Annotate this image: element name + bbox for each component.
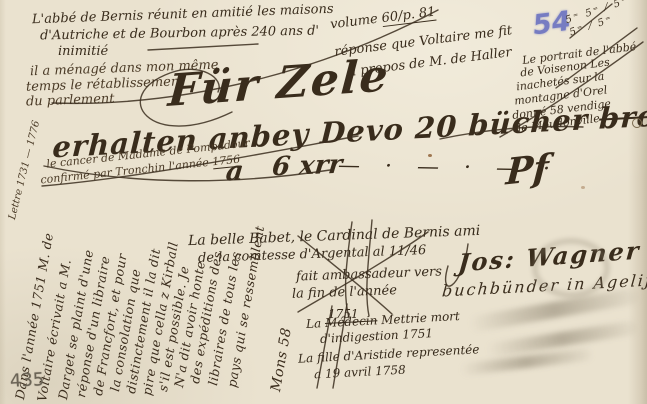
ink-speck: [428, 154, 432, 157]
spine-note: Lettre 1731 — 1776: [6, 119, 45, 221]
price-a: a: [224, 152, 246, 192]
bernis-note-line4: la fin de l'année: [292, 282, 398, 304]
page-number: 435: [9, 367, 45, 395]
pencil-oval-smudge: [532, 238, 610, 298]
ring-mark: [632, 118, 642, 128]
lamettrie-post: Mettrie mort: [377, 309, 460, 327]
price-marks: 5⁼ 5⁼ ⁄ 5⁼ 5⁼ ⁄ 5⁼: [564, 0, 646, 39]
lamettrie-pre: La: [306, 316, 326, 331]
manuscript-page: L'abbé de Bernis réunit en amitié les ma…: [0, 0, 647, 404]
price-flourish: Pf: [504, 141, 550, 198]
underline-stroke: [148, 44, 258, 50]
margin-note-tail: Mons 58: [268, 326, 295, 393]
volume-note-pre: volume: [329, 11, 382, 32]
receipt-struck-word: brochürt: [598, 94, 647, 136]
price-amount: 6 xrr: [270, 147, 344, 187]
note-top-left-line3: inimitié: [58, 43, 108, 62]
note-top-left-line6: du parlement: [26, 90, 115, 112]
lamettrie-note-line4: a 19 avril 1758: [314, 362, 407, 384]
volume-note-line1: volume 60/p. 81: [329, 4, 436, 36]
ink-speck: [581, 186, 585, 189]
volume-note-ref: 60/p. 81: [381, 5, 437, 27]
